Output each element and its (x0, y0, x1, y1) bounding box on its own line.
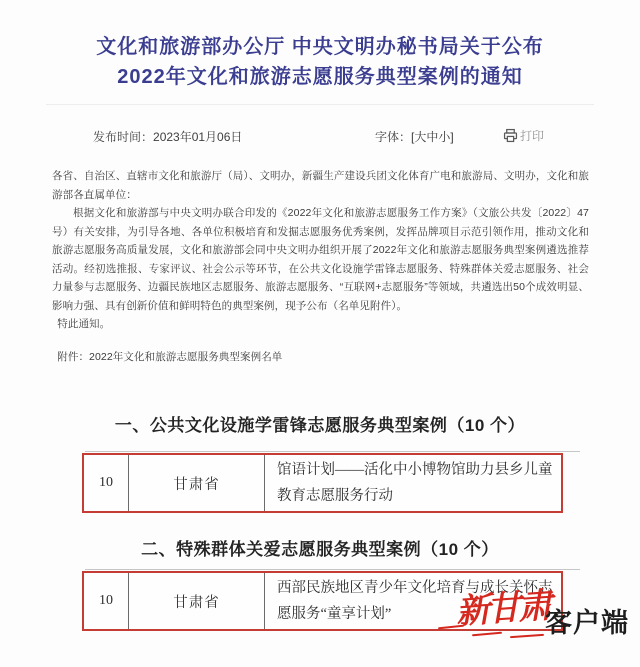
case-table-row-2: 10 甘肃省 西部民族地区青少年文化培育与成长关怀志愿服务“童享计划” (82, 571, 563, 631)
printer-icon (503, 128, 518, 143)
notice-page: 文化和旅游部办公厅 中央文明办秘书局关于公布 2022年文化和旅游志愿服务典型案… (0, 0, 640, 667)
body-paragraph-main: 根据文化和旅游部与中央文明办联合印发的《2022年文化和旅游志愿服务工作方案》（… (52, 204, 589, 315)
logo-stroke-decoration (510, 634, 544, 638)
publish-time-value: 2023年01月06日 (153, 130, 242, 144)
case-1-number: 10 (84, 455, 129, 511)
page-title-line1: 文化和旅游部办公厅 中央文明办秘书局关于公布 (0, 32, 640, 62)
publish-time-label: 发布时间： (93, 130, 153, 144)
font-size-options[interactable]: [大中小] (411, 130, 454, 144)
meta-bar: 发布时间：2023年01月06日 字体：[大中小] 打印 (0, 127, 640, 145)
font-size-control: 字体：[大中小] (375, 128, 454, 145)
section-1-heading: 一、公共文化设施学雷锋志愿服务典型案例（10 个） (0, 411, 640, 436)
publish-time: 发布时间：2023年01月06日 (93, 128, 242, 145)
case-table-row-1: 10 甘肃省 馆语计划——活化中小博物馆助力县乡儿童教育志愿服务行动 (82, 453, 563, 513)
attachment-line: 附件：2022年文化和旅游志愿服务典型案例名单 (52, 348, 589, 367)
case-1-title: 馆语计划——活化中小博物馆助力县乡儿童教育志愿服务行动 (265, 455, 561, 511)
font-size-label: 字体： (375, 130, 411, 144)
body-paragraph-salutation: 各省、自治区、直辖市文化和旅游厅（局）、文明办，新疆生产建设兵团文化体育广电和旅… (52, 167, 589, 204)
title-divider (46, 104, 594, 105)
case-2-title: 西部民族地区青少年文化培育与成长关怀志愿服务“童享计划” (265, 573, 561, 629)
case-2-province: 甘肃省 (129, 573, 265, 629)
page-title: 文化和旅游部办公厅 中央文明办秘书局关于公布 2022年文化和旅游志愿服务典型案… (0, 32, 640, 92)
notice-body: 各省、自治区、直辖市文化和旅游厅（局）、文明办，新疆生产建设兵团文化体育广电和旅… (52, 167, 589, 366)
page-title-line2: 2022年文化和旅游志愿服务典型案例的通知 (0, 62, 640, 92)
print-label: 打印 (520, 127, 544, 144)
case-1-province: 甘肃省 (129, 455, 265, 511)
body-paragraph-closing: 特此通知。 (52, 315, 589, 334)
print-button[interactable]: 打印 (503, 127, 544, 144)
logo-stroke-decoration (472, 632, 502, 637)
section-2-heading: 二、特殊群体关爱志愿服务典型案例（10 个） (0, 535, 640, 560)
case-2-number: 10 (84, 573, 129, 629)
